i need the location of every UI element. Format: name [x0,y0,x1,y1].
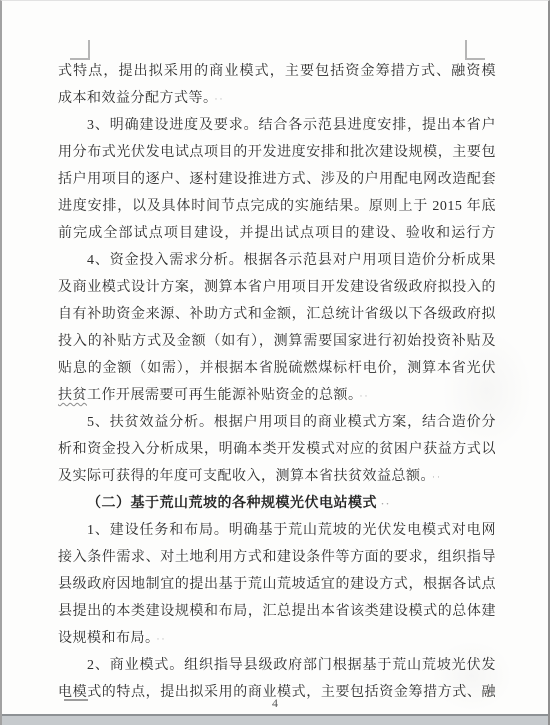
text-line: 括户用项目的逐户、逐村建设推进方式、涉及的户用配电网改造配套 [58,166,496,193]
bottom-edge-strip [2,714,550,725]
text-line-content: 用分布式光伏发电试点项目的开发进度安排和批次建设规模，主要包 [58,145,496,160]
text-line: 式特点，提出拟采用的商业模式，主要包括资金筹措方式、融资模式、 [58,58,496,85]
text-line-content: 5、扶贫效益分析。根据户用项目的商业模式方案，结合造价分 [87,415,496,430]
text-line: 及实际可获得的年度可支配收入，测算本省扶贫效益总额。·· [58,463,496,490]
text-line-content: 4、资金投入需求分析。根据各示范县对户用项目造价分析成果 [87,253,496,268]
text-line-content: 进度安排，以及具体时间节点完成的实施结果。原则上于 2015 年底 [58,199,496,214]
text-line-content: 贴息的金额（如需），并根据本省脱硫燃煤标杆电价，测算本省光伏 [58,361,496,376]
text-line: 成本和效益分配方式等。·· [58,85,496,112]
text-line: 2、商业模式。组织指导县级政府部门根据基于荒山荒坡光伏发 [58,652,496,679]
text-line: 前完成全部试点项目建设，并提出试点项目的建设、验收和运行方案。 [58,220,496,247]
text-line-content: 及实际可获得的年度可支配收入，测算本省扶贫效益总额。 [58,469,428,484]
text-line: 1、建设任务和布局。明确基于荒山荒坡的光伏发电模式对电网 [58,517,496,544]
text-line: 析和资金投入分析成果，明确本类开发模式对应的贫困户获益方式以 [58,436,496,463]
text-line-content: 县级政府因地制宜的提出基于荒山荒坡适宜的建设方式，根据各试点 [58,577,496,592]
section-heading-text: （二）基于荒山荒坡的各种规模光伏电站模式 [87,496,377,511]
text-line-content: 设规模和布局。 [58,631,153,646]
text-line: 及商业模式设计方案，测算本省户用项目开发建设省级政府拟投入的 [58,274,496,301]
text-line: 贴息的金额（如需），并根据本省脱硫燃煤标杆电价，测算本省光伏 [58,355,496,382]
text-line: 扶贫工作开展需要可再生能源补贴资金的总额。·· [58,382,496,409]
text-line: 设规模和布局。·· [58,625,496,652]
text-line-content: 析和资金投入分析成果，明确本类开发模式对应的贫困户获益方式以 [58,442,496,457]
paragraph-mark-icon: ·· [360,391,370,401]
text-line: 接入条件需求、对土地利用方式和建设条件等方面的要求，组织指导 [58,544,496,571]
text-line-content: 接入条件需求、对土地利用方式和建设条件等方面的要求，组织指导 [58,550,496,565]
text-line: 进度安排，以及具体时间节点完成的实施结果。原则上于 2015 年底 [58,193,496,220]
text-line-content: 县提出的本类建设规模和布局，汇总提出本省该类建设模式的总体建 [58,604,496,619]
text-line-content: 式特点，提出拟采用的商业模式，主要包括资金筹措方式、融资模式、 [58,64,496,85]
text-line: 县提出的本类建设规模和布局，汇总提出本省该类建设模式的总体建 [58,598,496,625]
text-line: 投入的补贴方式及金额（如有），测算需要国家进行初始投资补贴及 [58,328,496,355]
text-line-content: 括户用项目的逐户、逐村建设推进方式、涉及的户用配电网改造配套 [58,172,496,187]
text-line: 用分布式光伏发电试点项目的开发进度安排和批次建设规模，主要包 [58,139,496,166]
text-line: 5、扶贫效益分析。根据户用项目的商业模式方案，结合造价分 [58,409,496,436]
section-heading: （二）基于荒山荒坡的各种规模光伏电站模式·· [58,490,496,517]
text-line: 自有补助资金来源、补助方式和金额，汇总统计省级以下各级政府拟 [58,301,496,328]
paragraph-mark-icon: ·· [432,472,442,482]
text-line: 4、资金投入需求分析。根据各示范县对户用项目造价分析成果 [58,247,496,274]
margin-crop-mark-top-left-icon [70,40,90,60]
paragraph-mark-icon: ·· [381,499,391,509]
text-line-content: 前完成全部试点项目建设，并提出试点项目的建设、验收和运行方案。 [58,226,496,247]
text-line: 县级政府因地制宜的提出基于荒山荒坡适宜的建设方式，根据各试点 [58,571,496,598]
text-line-content: 1、建设任务和布局。明确基于荒山荒坡的光伏发电模式对电网 [87,523,496,538]
paragraph-mark-icon: ·· [215,94,225,104]
text-line-content: 3、明确建设进度及要求。结合各示范县进度安排，提出本省户 [87,118,496,133]
text-line-content: 成本和效益分配方式等。 [58,91,211,106]
spellcheck-underlined-text: 扶贫 [58,388,87,403]
margin-crop-mark-top-right-icon [465,40,485,60]
text-line-content: 及商业模式设计方案，测算本省户用项目开发建设省级政府拟投入的 [58,280,496,295]
text-line: 3、明确建设进度及要求。结合各示范县进度安排，提出本省户 [58,112,496,139]
text-line-content: 工作开展需要可再生能源补贴资金的总额。 [87,388,356,403]
text-line-content: 2、商业模式。组织指导县级政府部门根据基于荒山荒坡光伏发 [87,658,496,673]
paragraph-mark-icon: ·· [157,634,167,644]
document-body: 式特点，提出拟采用的商业模式，主要包括资金筹措方式、融资模式、 成本和效益分配方… [58,58,496,706]
document-page: 式特点，提出拟采用的商业模式，主要包括资金筹措方式、融资模式、 成本和效益分配方… [0,0,550,725]
page-number: 4 [2,696,548,711]
text-line-content: 自有补助资金来源、补助方式和金额，汇总统计省级以下各级政府拟 [58,307,496,322]
text-line-content: 投入的补贴方式及金额（如有），测算需要国家进行初始投资补贴及 [58,334,496,349]
